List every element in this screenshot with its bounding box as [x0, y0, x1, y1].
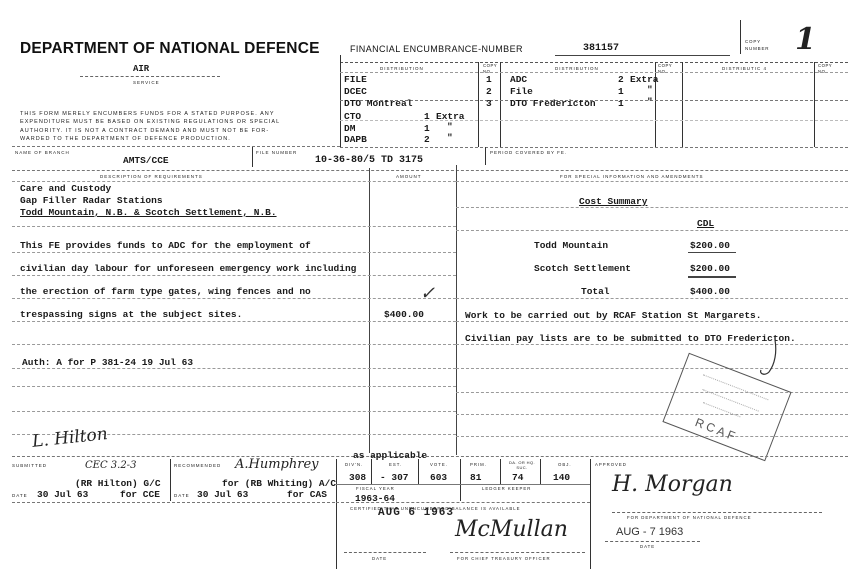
requirements-header: DESCRIPTION OF REQUIREMENTS	[100, 174, 203, 179]
checkmark-icon: ✓	[420, 283, 435, 304]
coding-header-5: OBJ.	[558, 462, 572, 467]
coding-header-1: EST.	[389, 462, 402, 467]
page-title: DEPARTMENT OF NATIONAL DEFENCE	[20, 40, 320, 58]
pen-arrow-icon	[755, 338, 785, 378]
recommended-for: for CAS	[287, 489, 327, 500]
service-label: SERVICE	[133, 80, 160, 85]
period-covered-label: PERIOD COVERED BY FE.	[490, 150, 567, 155]
dist-left-name-2: DTO Montreal	[344, 98, 412, 109]
dist-left-copy-0: 1	[486, 74, 492, 85]
branch-value: AMTS/CCE	[123, 155, 169, 166]
submitted-date: 30 Jul 63	[37, 489, 88, 500]
submitted-for: for CCE	[120, 489, 160, 500]
dist-left-name-3: CTO	[344, 111, 361, 122]
approved-for-label: FOR DEPARTMENT OF NATIONAL DEFENCE	[627, 515, 751, 520]
cost-row-value-0: $200.00	[690, 240, 730, 251]
special-note-1: Work to be carried out by RCAF Station S…	[465, 310, 761, 321]
fe-number-label: FINANCIAL ENCUMBRANCE-NUMBER	[350, 44, 523, 54]
dist-left-name-0: FILE	[344, 74, 367, 85]
distribution-header-3: DISTRIBUTIC 4	[722, 66, 767, 71]
dist-mid-qty-0: 2	[618, 74, 624, 85]
ledger-keeper-label: LEDGER KEEPER	[482, 486, 531, 491]
cost-row-value-2: $400.00	[690, 286, 730, 297]
cost-row-label-0: Todd Mountain	[534, 240, 608, 251]
coding-header-3: PRIM.	[470, 462, 487, 467]
dist-mid-name-2: DTO Fredericton	[510, 98, 596, 109]
coding-value-5: 140	[553, 472, 570, 483]
coding-value-0: 308	[349, 472, 366, 483]
special-note-2: Civilian pay lists are to be submitted t…	[465, 333, 796, 344]
requirement-body-2: the erection of farm type gates, wing fe…	[20, 286, 311, 297]
submitted-label: SUBMITTED	[12, 463, 47, 468]
amount-header: AMOUNT	[396, 174, 422, 179]
distribution-header-2: DISTRIBUTION	[555, 66, 599, 71]
cost-row-label-2: Total	[581, 286, 610, 297]
requirement-body-0: This FE provides funds to ADC for the em…	[20, 240, 311, 251]
approved-date-label: DATE	[640, 544, 655, 549]
requirement-title-0: Care and Custody	[20, 183, 111, 194]
distribution-header-1: DISTRIBUTION	[380, 66, 424, 71]
authority-line: Auth: A for P 381-24 19 Jul 63	[22, 357, 193, 368]
coding-value-4: 74	[512, 472, 523, 483]
dist-left-qty-3: 1	[424, 111, 430, 122]
dist-left-extra-4: "	[447, 121, 453, 132]
coding-header-2: VOTE.	[430, 462, 448, 467]
approved-label: APPROVED	[595, 462, 627, 467]
special-info-header: FOR SPECIAL INFORMATION AND AMENDMENTS	[560, 174, 704, 179]
dist-mid-name-0: ADC	[510, 74, 527, 85]
requirement-body-3: trespassing signs at the subject sites.	[20, 309, 242, 320]
chief-treasury-officer-label: FOR CHIEF TREASURY OFFICER	[457, 556, 551, 561]
cost-column-header: CDL	[697, 218, 714, 229]
approved-signature: H. Morgan	[612, 472, 733, 497]
dist-left-name-5: DAPB	[344, 134, 367, 145]
coding-header-0: DIV'N.	[345, 462, 363, 467]
copy-number: 1	[795, 22, 816, 57]
submitted-name: (RR Hilton) G/C	[75, 478, 161, 489]
copy-number-label: COPY NUMBER	[745, 38, 769, 52]
requirement-amount: $400.00	[384, 309, 424, 320]
recommended-label: RECOMMENDED	[174, 463, 221, 468]
dist-mid-qty-2: 1	[618, 98, 624, 109]
cost-row-value-1: $200.00	[690, 263, 730, 274]
cost-row-label-1: Scotch Settlement	[534, 263, 631, 274]
requirement-body-1: civilian day labour for unforeseen emerg…	[20, 263, 356, 274]
dist-left-name-4: DM	[344, 123, 355, 134]
branch-label: NAME OF BRANCH	[15, 150, 70, 155]
dist-mid-extra-2: "	[647, 96, 653, 107]
submitted-signature: L. Hilton	[31, 424, 108, 452]
dist-left-copy-1: 2	[486, 86, 492, 97]
file-number: 10-36-80/5 TD 3175	[315, 155, 423, 166]
file-number-label: FILE NUMBER	[256, 150, 297, 155]
coding-value-1: - 307	[380, 472, 409, 483]
submitted-date-label: DATE	[12, 493, 28, 498]
requirement-title-1: Gap Filler Radar Stations	[20, 195, 163, 206]
certification-stamp-date: AUG 6 1963	[378, 507, 454, 519]
fe-number: 381157	[583, 43, 619, 54]
dist-mid-qty-1: 1	[618, 86, 624, 97]
dist-mid-extra-1: "	[647, 84, 653, 95]
submitted-annotation: CEC 3.2-3	[85, 460, 136, 471]
certification-date-label: DATE	[372, 556, 387, 561]
notice-text: THIS FORM MERELY ENCUMBERS FUNDS FOR A S…	[20, 110, 280, 143]
dist-left-qty-4: 1	[424, 123, 430, 134]
requirement-title-2: Todd Mountain, N.B. & Scotch Settlement,…	[20, 207, 277, 218]
coding-value-3: 81	[470, 472, 481, 483]
service-value: AIR	[133, 64, 149, 74]
dist-mid-name-1: File	[510, 86, 533, 97]
dist-left-copy-2: 3	[486, 98, 492, 109]
coding-value-2: 603	[430, 472, 447, 483]
recommended-date: 30 Jul 63	[197, 489, 248, 500]
recommended-date-label: DATE	[174, 493, 190, 498]
fiscal-year-label: FISCAL YEAR	[356, 486, 395, 491]
coding-header-4: DA. OR HQ. SUC.	[507, 460, 537, 470]
recommended-name: for (RB Whiting) A/C	[222, 478, 336, 489]
as-applicable-note: as applicable	[353, 450, 427, 461]
dist-left-qty-5: 2	[424, 134, 430, 145]
dist-mid-extra-0: Extra	[630, 74, 659, 85]
certification-signature: McMullan	[455, 517, 568, 542]
cost-summary-title: Cost Summary	[579, 196, 647, 207]
recommended-signature: A.Humphrey	[235, 457, 319, 472]
dist-left-extra-5: "	[447, 132, 453, 143]
dist-left-name-1: DCEC	[344, 86, 367, 97]
approved-date: AUG - 7 1963	[616, 526, 683, 538]
